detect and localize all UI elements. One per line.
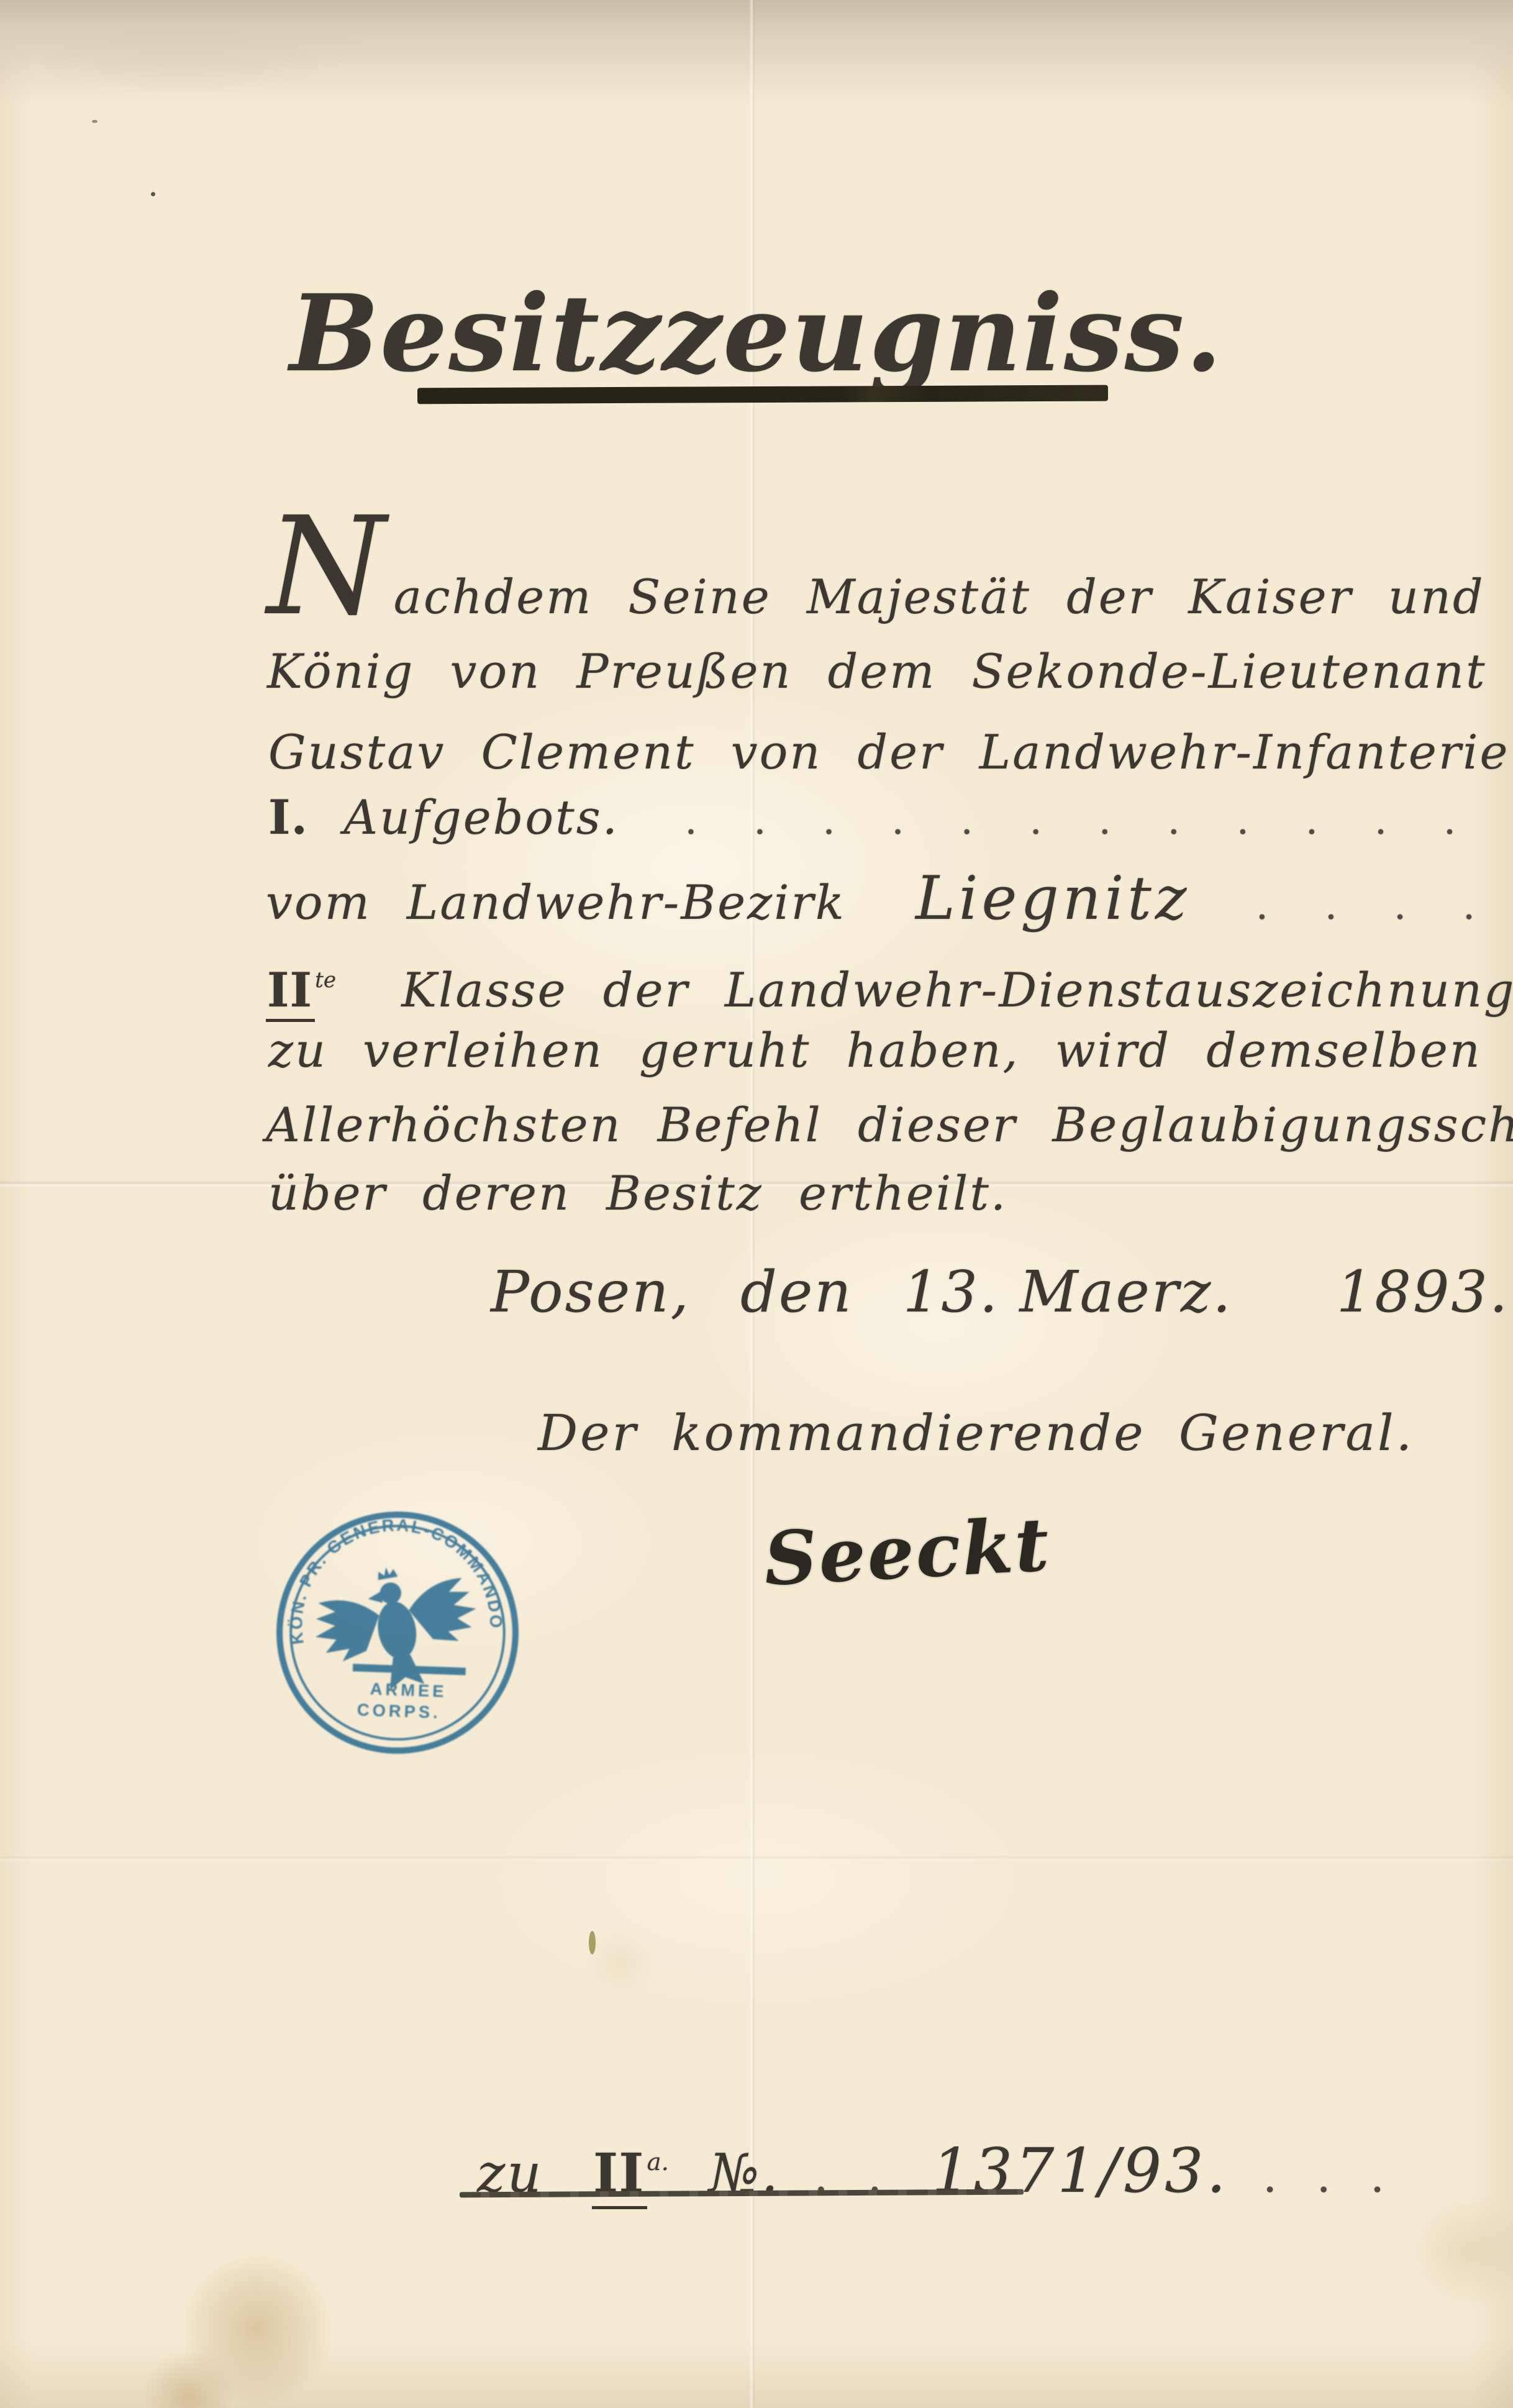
date-value: 13. Maerz. [903, 1259, 1233, 1325]
body-line-3: Gustav Clement von der Landwehr-Infanter… [268, 729, 1510, 776]
prussian-eagle-icon [306, 1553, 488, 1702]
body-line-4: I. Aufgebots. . . . . . . . . . . . . . … [268, 794, 1513, 844]
dot-leaders: . . . . . . . . . . . . . . . . . [684, 797, 1513, 844]
body-line-9: über deren Besitz ertheilt. [268, 1170, 1007, 1217]
document-title: Besitzzeugniss. [0, 281, 1513, 386]
signature: Seeckt [762, 1501, 1053, 1602]
year-value: 1893. [1337, 1259, 1509, 1325]
signer-role: Der kommandierende General. [538, 1404, 1414, 1462]
body-line-2: König von Preußen dem Sekonde-Lieutenant [267, 648, 1487, 695]
stamp-banner: ARMEE CORPS. [351, 1664, 466, 1723]
official-stamp: KÖN. PR. GENERAL-COMMANDO ARMEE CORPS. [252, 1487, 543, 1778]
reference-numeral: II [592, 2142, 647, 2209]
body-line-1: Nachdem Seine Majestät der Kaiser und [267, 567, 1485, 621]
class-numeral: II [266, 962, 315, 1022]
date-line: Posen, den 13. Maerz. 1893. [491, 1259, 1509, 1325]
fold-crease-horizontal-faint [0, 1855, 1513, 1863]
body-line-7: zu verleihen geruht haben, wird demselbe… [268, 1027, 1513, 1074]
date-filler: den [740, 1259, 853, 1325]
district-name: Liegnitz [916, 864, 1190, 933]
reference-number: 1371/93. [932, 2136, 1229, 2207]
dot-leaders: . . . . [1256, 882, 1488, 929]
class-numeral-suffix: te [315, 968, 336, 993]
body-line-6: IIte Klasse der Landwehr-Dienstauszeichn… [266, 957, 1513, 1014]
stamp-banner-line1: ARMEE [370, 1679, 447, 1701]
reference-numeral-suffix: a. [647, 2148, 669, 2176]
aufgebot-label: Aufgebots. [343, 790, 619, 845]
document-page: Besitzzeugniss. Nachdem Seine Majestät d… [0, 0, 1513, 2408]
paper-speck [589, 1931, 596, 1954]
class-label: Klasse der Landwehr-Dienstauszeichnung [401, 962, 1513, 1018]
body-line-5: vom Landwehr-Bezirk Liegnitz . . . . die [266, 875, 1513, 929]
dot-leaders: . . . [1263, 2150, 1397, 2203]
paper-speck [92, 120, 98, 123]
stamp-graphic: KÖN. PR. GENERAL-COMMANDO ARMEE CORPS. [252, 1487, 543, 1778]
district-label: vom Landwehr-Bezirk [266, 875, 846, 930]
body-line-8: Allerhöchsten Befehl dieser Beglaubigung… [266, 1101, 1513, 1149]
aufgebot-numeral: I. [268, 790, 308, 845]
stamp-banner-line2: CORPS. [357, 1700, 441, 1722]
paper-speck [151, 192, 155, 196]
place-name: Posen, [491, 1259, 691, 1325]
title-underline [417, 385, 1108, 404]
